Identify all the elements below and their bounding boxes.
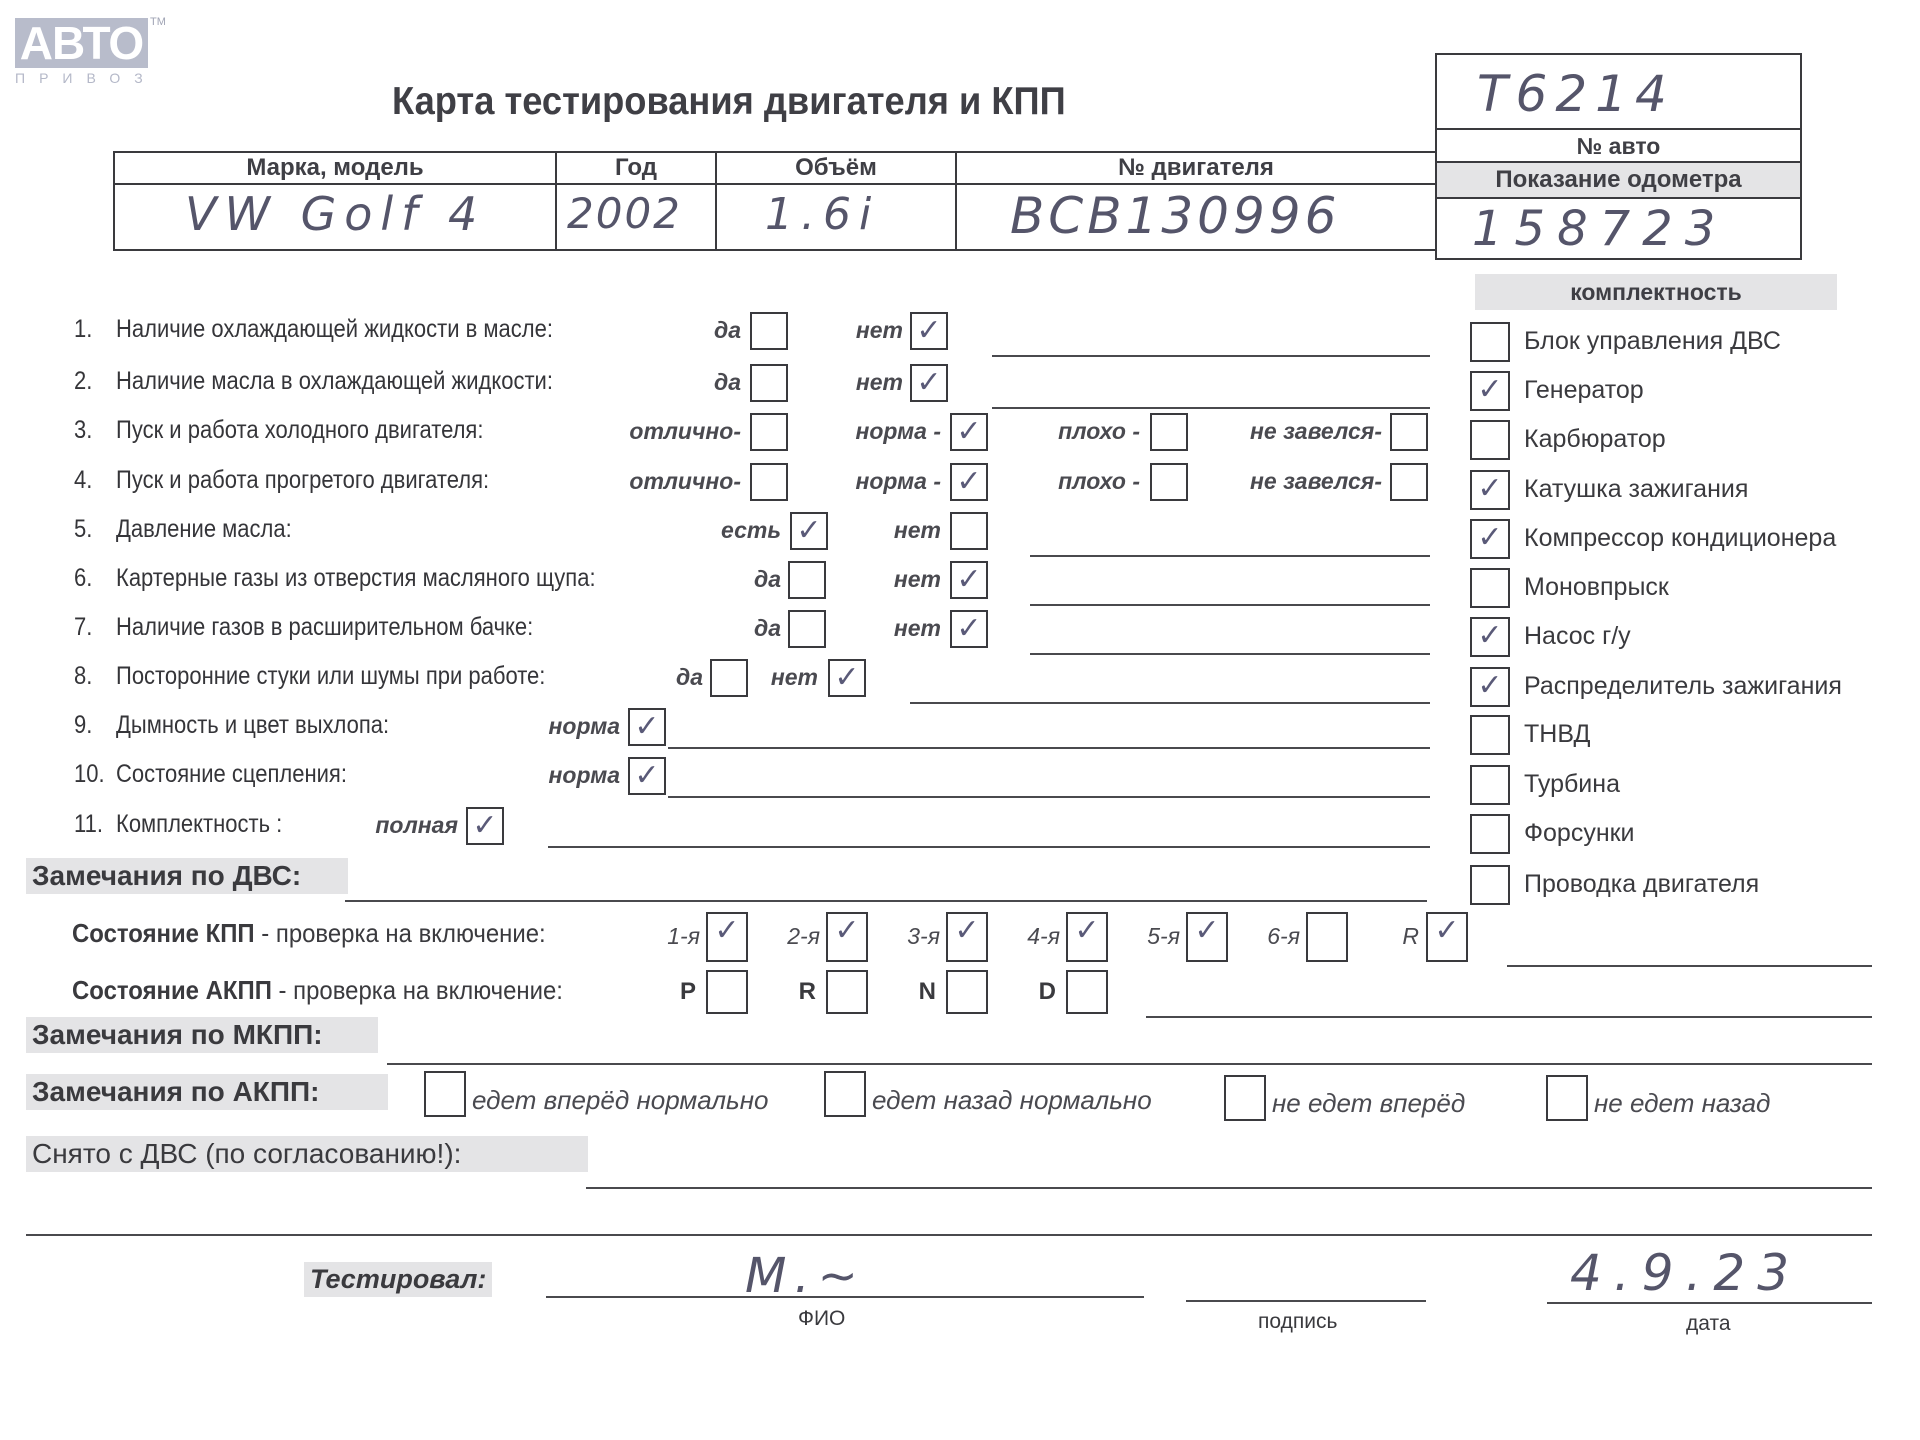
removed-parts-line[interactable] [586,1187,1872,1189]
extra-remarks-line[interactable] [26,1234,1872,1236]
name-caption: ФИО [798,1307,845,1331]
auto-remark-checkbox[interactable] [1224,1075,1266,1121]
check-mark-icon: ✓ [912,366,946,400]
auto-remark-label: не едет назад [1594,1088,1770,1119]
test-number: 11. [74,810,109,839]
option-label: норма - [741,468,941,495]
checkbox-4-4[interactable] [1390,463,1428,501]
tested-by-label: Тестировал: [304,1262,492,1297]
gear-label: 3-я [860,923,940,950]
auto-position-checkbox[interactable] [826,970,868,1014]
completeness-checkbox[interactable]: ✓ [1470,667,1510,707]
test-label: Посторонние стуки или шумы при работе: [116,662,545,691]
auto-gearbox-line[interactable] [1146,1016,1872,1018]
auto-position-checkbox[interactable] [706,970,748,1014]
avto-privoz-logo: АВТО [15,18,148,68]
option-label: плохо - [940,468,1140,495]
completeness-item-label: ТНВД [1524,720,1590,749]
completeness-checkbox[interactable]: ✓ [1470,470,1510,510]
completeness-header: комплектность [1475,274,1837,310]
auto-remark-checkbox[interactable] [824,1071,866,1117]
test-number: 8. [74,662,109,691]
odometer-label: Показание одометра [1437,163,1800,197]
completeness-item-label: Моновпрыск [1524,573,1669,602]
check-mark-icon: ✓ [1472,619,1508,653]
test-number: 9. [74,711,109,740]
test-notes-line[interactable] [668,796,1430,798]
check-mark-icon: ✓ [830,661,864,695]
check-mark-icon: ✓ [912,314,946,348]
option-label: нет [618,664,818,691]
test-number: 10. [74,760,109,789]
check-mark-icon: ✓ [952,612,986,646]
check-mark-icon: ✓ [1472,521,1508,555]
test-number: 4. [74,466,109,495]
manual-remarks-line[interactable] [387,1063,1872,1065]
auto-remark-label: едет назад нормально [872,1085,1152,1116]
auto-remark-checkbox[interactable] [1546,1075,1588,1121]
test-notes-line[interactable] [1030,604,1430,606]
header-year: Год [557,154,715,182]
vehicle-table: Марка, модель Год Объём № двигателя VW G… [113,151,1435,251]
test-notes-line[interactable] [548,846,1430,848]
test-notes-line[interactable] [910,702,1430,704]
test-number: 2. [74,367,109,396]
gear-label: 4-я [980,923,1060,950]
removed-parts-label: Снято с ДВС (по согласованию!): [26,1136,588,1172]
signature-caption: подпись [1258,1310,1337,1334]
auto-position-label: N [900,978,936,1006]
logo-subtitle: ПРИВОЗ [15,70,157,86]
page-title: Карта тестирования двигателя и КПП [392,80,1066,124]
manual-gearbox-line[interactable] [1507,965,1872,967]
completeness-item-label: Карбюратор [1524,425,1666,454]
checkbox-10-1[interactable]: ✓ [628,757,666,795]
date-caption: дата [1686,1312,1731,1336]
engine-number-value[interactable]: BCB130996 [1010,187,1340,245]
auto-remark-label: не едет вперёд [1272,1088,1465,1119]
car-info-box: T6214 № авто Показание одометра 158723 [1435,53,1802,260]
completeness-checkbox[interactable]: ✓ [1470,371,1510,411]
checkbox-9-1[interactable]: ✓ [628,708,666,746]
check-mark-icon: ✓ [1472,669,1508,703]
test-label: Состояние сцепления: [116,760,347,789]
engine-remarks-label: Замечания по ДВС: [26,858,348,894]
car-number-value[interactable]: T6214 [1477,65,1675,123]
checkbox-2-2[interactable]: ✓ [910,364,948,402]
completeness-checkbox[interactable] [1470,568,1510,608]
check-mark-icon: ✓ [630,710,664,744]
checkbox-8-2[interactable]: ✓ [828,659,866,697]
test-notes-line[interactable] [668,747,1430,749]
test-label: Наличие охлаждающей жидкости в масле: [116,315,553,344]
test-label: Пуск и работа прогретого двигателя: [116,466,489,495]
option-label: полная [258,812,458,839]
auto-position-label: R [780,978,816,1006]
option-label: не завелся- [1182,418,1382,445]
gear-label: R [1339,923,1419,950]
completeness-item-label: Компрессор кондиционера [1524,524,1836,553]
test-number: 5. [74,515,109,544]
auto-position-checkbox[interactable] [1066,970,1108,1014]
header-volume: Объём [717,154,955,182]
completeness-checkbox[interactable] [1470,420,1510,460]
name-value[interactable]: М.~ [745,1248,866,1304]
completeness-item-label: Проводка двигателя [1524,870,1759,899]
option-label: норма [420,713,620,740]
completeness-checkbox[interactable] [1470,865,1510,905]
check-mark-icon: ✓ [1472,373,1508,407]
option-label: норма [420,762,620,789]
checkbox-7-2[interactable]: ✓ [950,610,988,648]
test-label: Наличие масла в охлаждающей жидкости: [116,367,553,396]
gear-checkbox[interactable]: ✓ [1426,912,1468,962]
logo-trademark: TM [150,16,166,28]
completeness-item-label: Генератор [1524,376,1644,405]
test-number: 3. [74,416,109,445]
gear-label: 2-я [740,923,820,950]
checkbox-11-1[interactable]: ✓ [466,807,504,845]
check-mark-icon: ✓ [630,759,664,793]
option-label: нет [741,566,941,593]
checkbox-6-2[interactable]: ✓ [950,561,988,599]
year-value[interactable]: 2002 [567,189,682,238]
checkbox-5-2[interactable] [950,512,988,550]
check-mark-icon: ✓ [952,563,986,597]
option-label: плохо - [940,418,1140,445]
auto-position-label: D [1020,978,1056,1006]
test-number: 1. [74,315,109,344]
gear-label: 5-я [1100,923,1180,950]
completeness-item-label: Насос г/у [1524,622,1631,651]
header-engine-number: № двигателя [957,154,1435,182]
completeness-item-label: Распределитель зажигания [1524,672,1842,701]
test-label: Дымность и цвет выхлопа: [116,711,389,740]
option-label: отлично- [541,418,741,445]
option-label: нет [741,517,941,544]
check-mark-icon: ✓ [468,809,502,843]
engine-remarks-line[interactable] [345,900,1427,902]
test-label: Картерные газы из отверстия масляного щу… [116,564,596,593]
option-label: не завелся- [1182,468,1382,495]
completeness-checkbox[interactable] [1470,715,1510,755]
header-make-model: Марка, модель [115,154,555,182]
completeness-item-label: Блок управления ДВС [1524,327,1781,356]
completeness-checkbox[interactable] [1470,814,1510,854]
test-number: 7. [74,613,109,642]
date-line[interactable] [1547,1302,1872,1304]
completeness-item-label: Катушка зажигания [1524,475,1748,504]
auto-remark-label: едет вперёд нормально [472,1085,768,1116]
signature-line[interactable] [1186,1300,1426,1302]
test-notes-line[interactable] [1030,653,1430,655]
manual-gearbox-label: Состояние КПП - проверка на включение: [72,918,546,949]
test-notes-line[interactable] [992,407,1430,409]
test-label: Наличие газов в расширительном бачке: [116,613,533,642]
make-model-value[interactable]: VW Golf 4 [185,187,485,241]
car-number-label: № авто [1437,133,1800,160]
completeness-checkbox[interactable] [1470,765,1510,805]
test-notes-line[interactable] [1030,555,1430,557]
test-number: 6. [74,564,109,593]
option-label: нет [741,615,941,642]
auto-remark-checkbox[interactable] [424,1071,466,1117]
checkbox-1-2[interactable]: ✓ [910,312,948,350]
check-mark-icon: ✓ [1428,914,1466,948]
test-label: Пуск и работа холодного двигателя: [116,416,483,445]
auto-gearbox-label: Состояние АКПП - проверка на включение: [72,975,563,1006]
auto-remarks-label: Замечания по АКПП: [26,1074,388,1110]
volume-value[interactable]: 1.6i [765,189,879,240]
option-label: норма - [741,418,941,445]
option-label: нет [703,369,903,396]
date-value[interactable]: 4.9.23 [1570,1244,1801,1302]
odometer-value[interactable]: 158723 [1472,201,1727,257]
completeness-item-label: Форсунки [1524,819,1635,848]
completeness-checkbox[interactable] [1470,322,1510,362]
completeness-item-label: Турбина [1524,770,1620,799]
manual-remarks-label: Замечания по МКПП: [26,1017,378,1053]
check-mark-icon: ✓ [1472,472,1508,506]
auto-position-label: P [660,978,696,1006]
gear-label: 6-я [1220,923,1300,950]
checkbox-3-4[interactable] [1390,413,1428,451]
completeness-checkbox[interactable]: ✓ [1470,519,1510,559]
option-label: нет [703,317,903,344]
completeness-checkbox[interactable]: ✓ [1470,617,1510,657]
option-label: отлично- [541,468,741,495]
auto-position-checkbox[interactable] [946,970,988,1014]
test-notes-line[interactable] [992,355,1430,357]
gear-label: 1-я [620,923,700,950]
test-label: Давление масла: [116,515,292,544]
